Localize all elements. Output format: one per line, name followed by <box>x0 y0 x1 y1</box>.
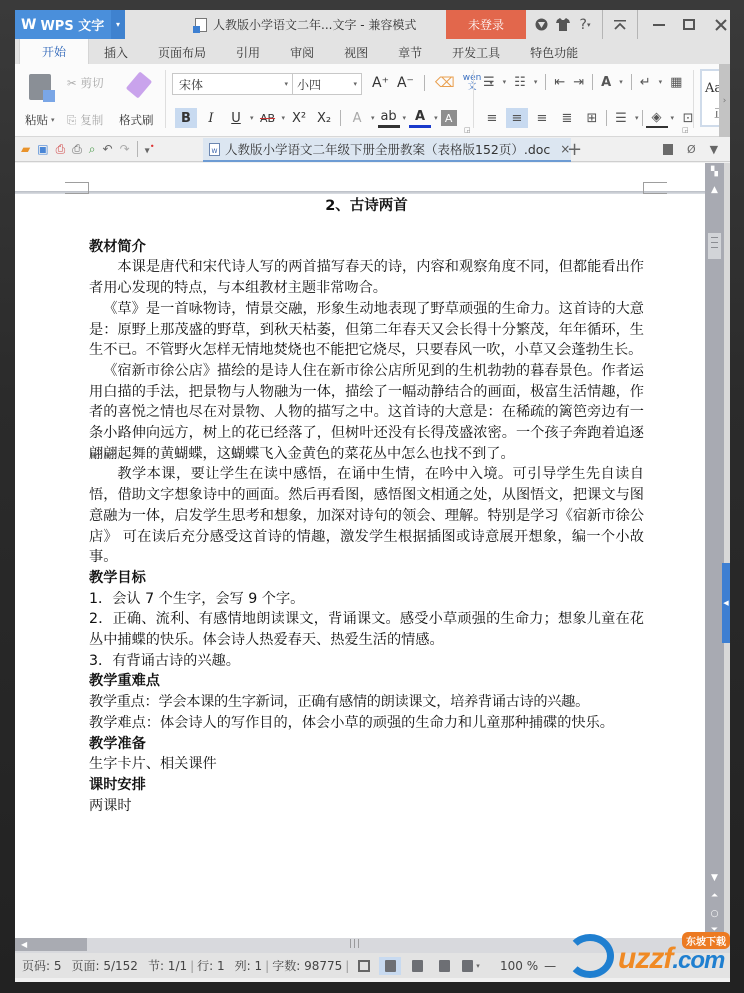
font-selector: 宋体▾ 小四▾ <box>172 73 362 95</box>
side-panel-toggle-icon[interactable]: ◀ <box>722 563 730 643</box>
numbered-list-icon[interactable]: ☷ <box>514 75 526 90</box>
wps-writer-window: W WPS 文字 ▾ 人教版小学语文二年...文字 - 兼容模式 未登录 ?▾ … <box>15 10 730 982</box>
tab-view[interactable]: 视图 <box>329 40 383 64</box>
document-tab-label: 人教版小学语文二年级下册全册教案（表格版152页）.doc <box>225 140 550 158</box>
format-painter-button[interactable]: 格式刷 <box>119 112 154 128</box>
shrink-font-button[interactable]: A⁻ <box>397 75 414 91</box>
paste-label: 粘贴 <box>25 112 48 128</box>
window-title-text: 人教版小学语文二年...文字 - 兼容模式 <box>213 16 416 33</box>
copy-button[interactable]: ⎘复制 <box>67 112 103 128</box>
window-title: 人教版小学语文二年...文字 - 兼容模式 <box>195 10 416 39</box>
login-button[interactable]: 未登录 <box>446 10 526 39</box>
paragraph: 教学重点：学会本课的生字新词，正确有感情的朗读课文，培养背诵古诗的兴趣。 <box>89 692 644 713</box>
open-folder-icon[interactable]: ▰ <box>21 142 30 156</box>
status-col: 列: 1 <box>235 957 263 974</box>
increase-indent-icon[interactable]: ⇥ <box>573 75 584 90</box>
page-corner-mark <box>643 182 667 194</box>
paragraph: 本课是唐代和宋代诗人写的两首描写春天的诗，内容和观察角度不同，但都能看出作者用心… <box>89 257 644 298</box>
wps-logo-icon: W <box>21 17 35 33</box>
previous-page-icon[interactable]: ⏶ <box>705 889 724 903</box>
shading-icon[interactable]: ◈ <box>646 108 668 128</box>
page-top-edge <box>15 191 705 194</box>
print-preview-icon[interactable]: ⌕ <box>89 142 96 157</box>
status-page[interactable]: 页面: 5/152 <box>72 957 138 974</box>
borders-icon[interactable]: ⊡ <box>677 108 699 128</box>
zoom-value: 100 % <box>500 959 538 973</box>
scrollbar-edge <box>724 163 730 938</box>
lesson-title: 2、古诗两首 <box>89 196 644 217</box>
paragraph: 《草》是一首咏物诗，情景交融，形象生动地表现了野草顽强的生命力。这首诗的大意是：… <box>89 299 644 361</box>
chevron-down-icon: ▾ <box>284 80 288 88</box>
table-icon[interactable]: ▦ <box>670 75 682 90</box>
tab-insert[interactable]: 插入 <box>89 40 143 64</box>
skin-icon[interactable] <box>530 10 552 39</box>
align-right-icon[interactable]: ≡ <box>531 108 553 128</box>
text-direction-icon[interactable]: A <box>601 75 611 90</box>
word-doc-icon: W <box>209 143 220 156</box>
line-spacing-icon[interactable]: ☰ <box>610 108 632 128</box>
font-name-value: 宋体 <box>179 76 203 93</box>
style-gallery-next-icon[interactable]: › <box>719 64 730 137</box>
text-effect-icon[interactable]: A <box>346 108 368 128</box>
vertical-scrollbar[interactable]: ▚ ▲ ▼ ⏶ ○ ⏷ <box>705 163 724 938</box>
font-color-icon[interactable]: A <box>409 108 431 128</box>
export-pdf-icon[interactable]: ⎙ <box>56 142 66 157</box>
format-painter-icon[interactable] <box>131 74 147 96</box>
paragraph-mark-icon[interactable]: ↵ <box>640 75 651 90</box>
document-tab[interactable]: W 人教版小学语文二年级下册全册教案（表格版152页）.doc × <box>203 138 571 162</box>
highlight-color-icon[interactable]: ab <box>378 108 400 128</box>
clear-format-icon[interactable]: ⌫ <box>435 75 455 91</box>
outline-view-icon[interactable] <box>406 957 428 975</box>
shirt-icon[interactable] <box>552 10 574 39</box>
paste-button[interactable] <box>29 74 51 100</box>
bullet-list-icon[interactable]: ☰ <box>483 75 495 90</box>
separator <box>602 10 603 39</box>
desktop: W WPS 文字 ▾ 人教版小学语文二年...文字 - 兼容模式 未登录 ?▾ … <box>0 0 744 993</box>
italic-button[interactable]: I <box>200 108 222 128</box>
char-shading-icon[interactable]: A <box>441 110 457 126</box>
paragraph: 教学本课，要让学生在读中感悟，在诵中生情，在吟中入境。可引导学生先自读自悟，借助… <box>89 464 644 568</box>
align-center-icon[interactable]: ≡ <box>506 108 528 128</box>
paragraph: 生字卡片、相关课件 <box>89 754 644 775</box>
subscript-button[interactable]: X₂ <box>313 108 335 128</box>
separator <box>637 10 638 39</box>
tab-developer[interactable]: 开发工具 <box>437 40 515 64</box>
paste-dropdown[interactable]: 粘贴▾ <box>25 112 55 128</box>
document-icon <box>195 18 207 32</box>
superscript-button[interactable]: X² <box>288 108 310 128</box>
decrease-indent-icon[interactable]: ⇤ <box>554 75 565 90</box>
collapse-ribbon-icon[interactable] <box>609 10 631 39</box>
quick-access-bar: ▰ ▣ ⎙ ⎙ ⌕ ↶ ↷ ▾• W 人教版小学语文二年级下册全册教案（表格版1… <box>15 137 730 162</box>
uzzf-watermark-logo: uzzf.com 东坡下载 <box>560 930 744 985</box>
bold-button[interactable]: B <box>175 108 197 128</box>
pane-toggle-icon[interactable]: ▚ <box>705 165 724 179</box>
section-heading: 课时安排 <box>89 775 644 796</box>
undo-icon[interactable]: ↶ <box>103 142 113 156</box>
horizontal-scroll-grip[interactable]: ||| <box>349 939 361 949</box>
new-tab-icon[interactable]: + <box>567 137 582 161</box>
scroll-up-icon[interactable]: ▲ <box>705 183 724 197</box>
section-heading: 教材简介 <box>89 237 644 258</box>
title-bar: W WPS 文字 ▾ 人教版小学语文二年...文字 - 兼容模式 未登录 ?▾ <box>15 10 730 39</box>
paragraph: 教学难点：体会诗人的写作目的，体会小草的顽强的生命力和儿童那种捕碟的快乐。 <box>89 713 644 734</box>
customize-quick-access-icon[interactable]: ▾• <box>145 141 155 156</box>
tab-chapter[interactable]: 章节 <box>383 40 437 64</box>
tab-review[interactable]: 审阅 <box>275 40 329 64</box>
scroll-down-icon[interactable]: ▼ <box>705 871 724 885</box>
font-size-value: 小四 <box>297 76 321 93</box>
maximize-icon[interactable] <box>674 10 704 39</box>
paste-icon <box>29 74 51 100</box>
font-name-select[interactable]: 宋体▾ <box>173 74 293 94</box>
vertical-scroll-thumb[interactable] <box>708 233 721 259</box>
tab-page-layout[interactable]: 页面布局 <box>143 40 221 64</box>
fullscreen-icon[interactable] <box>353 957 375 975</box>
scissors-icon: ✂ <box>67 76 77 90</box>
pane-icon-2[interactable]: Ø <box>687 143 696 156</box>
page-corner-mark <box>65 182 89 194</box>
tab-special-features[interactable]: 特色功能 <box>515 40 593 64</box>
cut-button[interactable]: ✂剪切 <box>67 75 104 91</box>
document-body: 2、古诗两首 教材简介 本课是唐代和宋代诗人写的两首描写春天的诗，内容和观察角度… <box>89 196 644 816</box>
page-view-icon[interactable] <box>379 957 401 975</box>
format-painter-label: 格式刷 <box>119 112 154 128</box>
window-controls: ?▾ <box>530 10 738 39</box>
cut-label: 剪切 <box>81 75 104 91</box>
copy-label: 复制 <box>80 112 103 128</box>
app-menu-dropdown[interactable]: ▾ <box>111 10 125 39</box>
chevron-down-icon: ▾ <box>353 80 357 88</box>
zoom-out-icon[interactable]: — <box>544 959 556 973</box>
status-row: 行: 1 <box>197 957 225 974</box>
redo-icon[interactable]: ↷ <box>120 142 130 156</box>
font-size-select[interactable]: 小四▾ <box>293 74 361 94</box>
eye-protection-icon[interactable]: ▾ <box>460 957 482 975</box>
section-heading: 教学目标 <box>89 568 644 589</box>
copy-icon: ⎘ <box>67 113 76 128</box>
minimize-icon[interactable] <box>644 10 674 39</box>
ribbon-tabs: 开始 插入 页面布局 引用 审阅 视图 章节 开发工具 特色功能 <box>15 39 730 64</box>
web-view-icon[interactable] <box>433 957 455 975</box>
paragraph-dialog-launcher-icon[interactable]: ◲ <box>682 126 689 134</box>
close-icon[interactable] <box>704 10 738 39</box>
watermark-badge: 东坡下载 <box>682 932 730 949</box>
scroll-left-icon[interactable]: ◀ <box>15 938 87 951</box>
section-heading: 教学重难点 <box>89 671 644 692</box>
help-icon[interactable]: ?▾ <box>574 10 596 39</box>
tab-home[interactable]: 开始 <box>19 39 89 64</box>
print-icon[interactable]: ⎙ <box>72 142 82 157</box>
app-name: WPS 文字 <box>40 15 104 34</box>
paragraph: 1．会认 7 个生字，会写 9 个字。 <box>89 589 644 610</box>
status-section: 节: 1/1 <box>148 957 187 974</box>
ribbon-home: 粘贴▾ ✂剪切 ⎘复制 格式刷 宋体▾ 小四▾ A⁺ A⁻ ⌫ <box>15 64 730 137</box>
paragraph: 《宿新市徐公店》描绘的是诗人住在新市徐公店所见到的生机勃勃的暮春景色。作者运用白… <box>89 361 644 465</box>
grow-font-button[interactable]: A⁺ <box>372 75 389 91</box>
pane-icon-3[interactable]: ▼ <box>710 143 718 156</box>
tab-references[interactable]: 引用 <box>221 40 275 64</box>
paragraph: 2．正确、流利、有感情地朗读课文，背诵课文。感受小草顽强的生命力；想象儿童在花丛… <box>89 609 644 650</box>
status-page-code: 页码: 5 <box>22 957 62 974</box>
paragraph: 3．有背诵古诗的兴趣。 <box>89 651 644 672</box>
section-heading: 教学准备 <box>89 734 644 755</box>
save-icon[interactable]: ▣ <box>37 142 48 156</box>
paragraph: 两课时 <box>89 796 644 817</box>
pane-icon-1[interactable] <box>663 144 673 155</box>
wps-app-menu-button[interactable]: W WPS 文字 <box>15 10 111 39</box>
strikethrough-button[interactable]: AB <box>257 108 279 128</box>
underline-button[interactable]: U <box>225 108 247 128</box>
watermark-swoosh-icon <box>566 934 614 978</box>
font-dialog-launcher-icon[interactable]: ◲ <box>464 126 471 134</box>
document-canvas[interactable]: 2、古诗两首 教材简介 本课是唐代和宋代诗人写的两首描写春天的诗，内容和观察角度… <box>15 163 705 938</box>
status-word-count[interactable]: 字数: 98775 <box>272 957 342 974</box>
justify-icon[interactable]: ≣ <box>556 108 578 128</box>
distributed-icon[interactable]: ⊞ <box>581 108 603 128</box>
select-browse-object-icon[interactable]: ○ <box>705 907 724 921</box>
align-left-icon[interactable]: ≡ <box>481 108 503 128</box>
zoom-level[interactable]: 100 % — <box>500 953 556 978</box>
